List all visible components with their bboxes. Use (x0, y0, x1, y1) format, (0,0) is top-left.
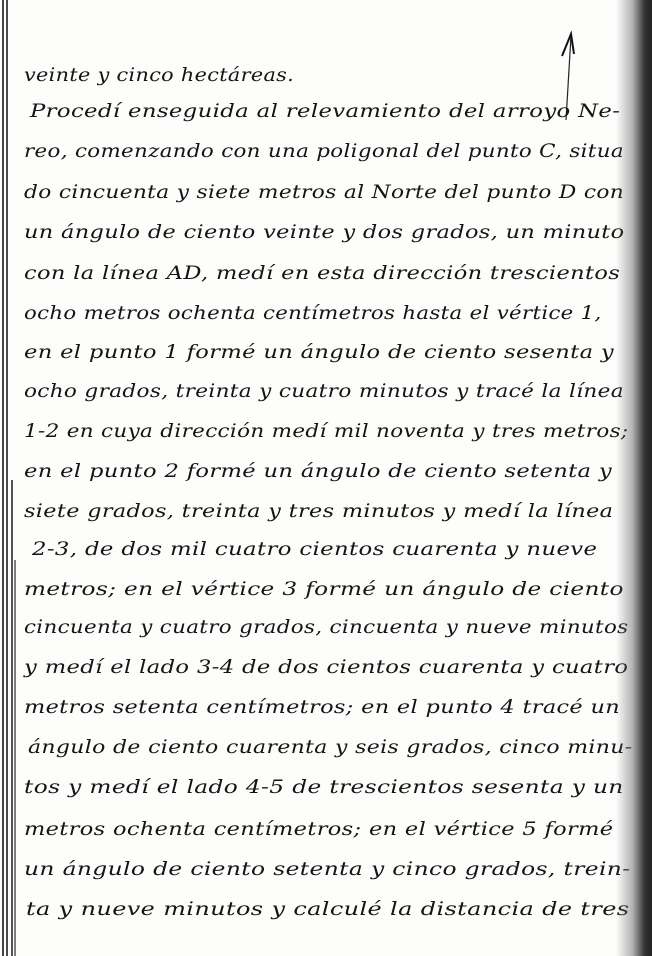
text-line: reo, comenzando con una poligonal del pu… (24, 140, 624, 162)
text-line: 1-2 en cuya dirección medí mil noventa y… (24, 420, 628, 442)
text-line: tos y medí el lado 4-5 de trescientos se… (24, 776, 624, 798)
page-binding-shadow (616, 0, 652, 956)
text-line: do cincuenta y siete metros al Norte del… (24, 181, 624, 203)
text-line: metros; en el vértice 3 formé un ángulo … (24, 578, 624, 600)
text-line: ocho grados, treinta y cuatro minutos y … (24, 380, 624, 402)
text-line: Procedí enseguida al relevamiento del ar… (30, 100, 620, 122)
text-line: ocho metros ochenta centímetros hasta el… (24, 302, 602, 324)
text-line: un ángulo de ciento veinte y dos grados,… (24, 221, 624, 243)
text-line: 2-3, de dos mil cuatro cientos cuarenta … (32, 538, 597, 560)
margin-rule (14, 560, 16, 956)
text-line: y medí el lado 3-4 de dos cientos cuaren… (24, 656, 628, 678)
text-line: en el punto 2 formé un ángulo de ciento … (24, 460, 612, 482)
margin-rule (2, 0, 4, 956)
text-line: metros setenta centímetros; en el punto … (24, 696, 620, 718)
text-line: con la línea AD, medí en esta dirección … (24, 262, 620, 284)
text-line: ángulo de ciento cuarenta y seis grados,… (28, 736, 632, 758)
text-line: en el punto 1 formé un ángulo de ciento … (24, 341, 614, 363)
text-line: veinte y cinco hectáreas. (24, 64, 294, 86)
margin-rule (6, 0, 8, 956)
text-line: un ángulo de ciento setenta y cinco grad… (24, 858, 630, 880)
text-line: siete grados, treinta y tres minutos y m… (24, 500, 613, 522)
manuscript-page: veinte y cinco hectáreas. Procedí ensegu… (0, 0, 652, 956)
text-line: ta y nueve minutos y calculé la distanci… (26, 898, 629, 920)
text-line: cincuenta y cuatro grados, cincuenta y n… (24, 616, 628, 638)
text-line: metros ochenta centímetros; en el vértic… (24, 818, 613, 840)
margin-rule (11, 480, 13, 956)
